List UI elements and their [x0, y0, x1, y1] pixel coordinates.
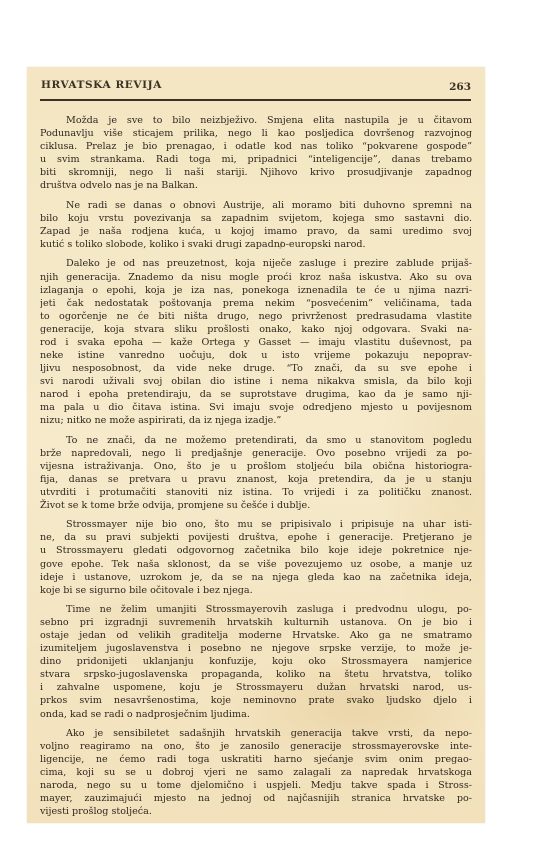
- text-line: u svim strankama. Radi toga mi, pripadni…: [40, 153, 472, 166]
- text-line: Podunavlju više sticajem prilika, nego l…: [40, 127, 472, 140]
- text-line: dino pridonijeti uklanjanju konfuzije, k…: [40, 655, 472, 668]
- paragraph: To ne znači, da ne možemo pretendirati, …: [40, 434, 472, 512]
- text-line: naroda, nego su u tome djelomično i uspj…: [40, 779, 472, 792]
- page-number: 263: [449, 81, 471, 93]
- text-line: Strossmayer nije bio ono, što mu se prip…: [40, 518, 472, 531]
- text-line: Ako je sensibiletet sadašnjih hrvatskih …: [40, 727, 472, 740]
- text-line: narod i epoha pretendiraju, da se suprot…: [40, 388, 472, 401]
- text-line: u Strossmayeru gledati odgovornog začetn…: [40, 544, 472, 557]
- text-line: Zapad je naša rodjena kuća, u kojoj imam…: [40, 225, 472, 238]
- text-line: gove epohe. Tek naša sklonost, da se viš…: [40, 558, 472, 571]
- article-body: Možda je sve to bilo neizbježivo. Smjena…: [40, 114, 472, 825]
- text-line: društva odvelo nas je na Balkan.: [40, 179, 472, 192]
- text-line: bilo koju vrstu povezivanja sa zapadnim …: [40, 212, 472, 225]
- text-line: ma pala u dio čitava istina. Svi imaju s…: [40, 401, 472, 414]
- text-line: ligencije, ne ćemo radi toga uskratiti h…: [40, 753, 472, 766]
- paragraph: Ne radi se danas o obnovi Austrije, ali …: [40, 199, 472, 251]
- text-line: Život se k tome brže odvija, promjene su…: [40, 499, 472, 512]
- text-line: generacije, koja stvara sliku prošlosti …: [40, 323, 472, 336]
- text-line: to ogorčenje ne će biti ništa drugo, neg…: [40, 310, 472, 323]
- text-line: Time ne želim umanjiti Strossmayerovih z…: [40, 603, 472, 616]
- paragraph: Možda je sve to bilo neizbježivo. Smjena…: [40, 114, 472, 192]
- text-line: prkos svim nesavršenostima, koje neminov…: [40, 694, 472, 707]
- text-line: ljivu nesposobnost, da vide neke druge. …: [40, 362, 472, 375]
- running-head: HRVATSKA REVIJA 263: [41, 79, 471, 95]
- text-line: ideje i ustanove, uzrokom je, da se na n…: [40, 571, 472, 584]
- text-line: koje bi se sigurno bile očitovale i bez …: [40, 584, 472, 597]
- text-line: kutić s toliko slobode, koliko i svaki d…: [40, 238, 472, 251]
- text-line: brže napredovali, nego li predjašnje gen…: [40, 447, 472, 460]
- text-line: njih generacija. Znademo da nisu mogle p…: [40, 271, 472, 284]
- text-line: Ne radi se danas o obnovi Austrije, ali …: [40, 199, 472, 212]
- text-line: ne, da su pravi subjekti povijesti društ…: [40, 531, 472, 544]
- text-line: neke istine vanredno uočuju, dok u isto …: [40, 349, 472, 362]
- text-line: ciklusa. Prelaz je bio prenagao, i odatl…: [40, 140, 472, 153]
- text-line: svi narodi uživali svoj obilan dio istin…: [40, 375, 472, 388]
- text-line: mayer, zauzimajući mjesto na jednoj od n…: [40, 792, 472, 805]
- header-rule: [40, 99, 471, 101]
- text-line: fija, danas se pretvara u pravu znanost,…: [40, 473, 472, 486]
- paragraph: Time ne želim umanjiti Strossmayerovih z…: [40, 603, 472, 720]
- text-line: jeti čak nedostatak poštovanja prema nek…: [40, 297, 472, 310]
- text-line: biti skromniji, nego li naši stariji. Nj…: [40, 166, 472, 179]
- paragraph: Ako je sensibiletet sadašnjih hrvatskih …: [40, 727, 472, 818]
- text-line: izumiteljem jugoslavenstva i posebno ne …: [40, 642, 472, 655]
- text-line: izlaganja o epohi, koja je iza nas, pone…: [40, 284, 472, 297]
- text-line: vijesna istraživanja. Ono, što je u proš…: [40, 460, 472, 473]
- text-line: sebno pri izgradnji suvremenih hrvatskih…: [40, 616, 472, 629]
- text-line: stvara srpsko-jugoslavenska propaganda, …: [40, 668, 472, 681]
- text-line: Možda je sve to bilo neizbježivo. Smjena…: [40, 114, 472, 127]
- text-line: nizu; nitko ne može aspirirati, da iz nj…: [40, 414, 472, 427]
- text-line: To ne znači, da ne možemo pretendirati, …: [40, 434, 472, 447]
- text-line: Daleko je od nas preuzetnost, koja niječ…: [40, 257, 472, 270]
- text-line: rod i svaka epoha — kaže Ortega y Gasset…: [40, 336, 472, 349]
- text-line: onda, kad se radi o nadprosječnim ljudim…: [40, 708, 472, 721]
- text-line: vijesti prošlog stoljeća.: [40, 805, 472, 818]
- text-line: voljno reagiramo na ono, što je zanosilo…: [40, 740, 472, 753]
- paragraph: Strossmayer nije bio ono, što mu se prip…: [40, 518, 472, 596]
- text-line: utvrditi i protumačiti stanoviti niz ist…: [40, 486, 472, 499]
- text-line: i zahvalne uspomene, koju je Strossmayer…: [40, 681, 472, 694]
- text-line: ostaje jedan od velikih graditelja moder…: [40, 629, 472, 642]
- journal-title: HRVATSKA REVIJA: [41, 79, 162, 91]
- paragraph: Daleko je od nas preuzetnost, koja niječ…: [40, 257, 472, 427]
- scanned-page: HRVATSKA REVIJA 263 Možda je sve to bilo…: [27, 67, 485, 823]
- text-line: cima, koji su se u dobroj vjeri ne samo …: [40, 766, 472, 779]
